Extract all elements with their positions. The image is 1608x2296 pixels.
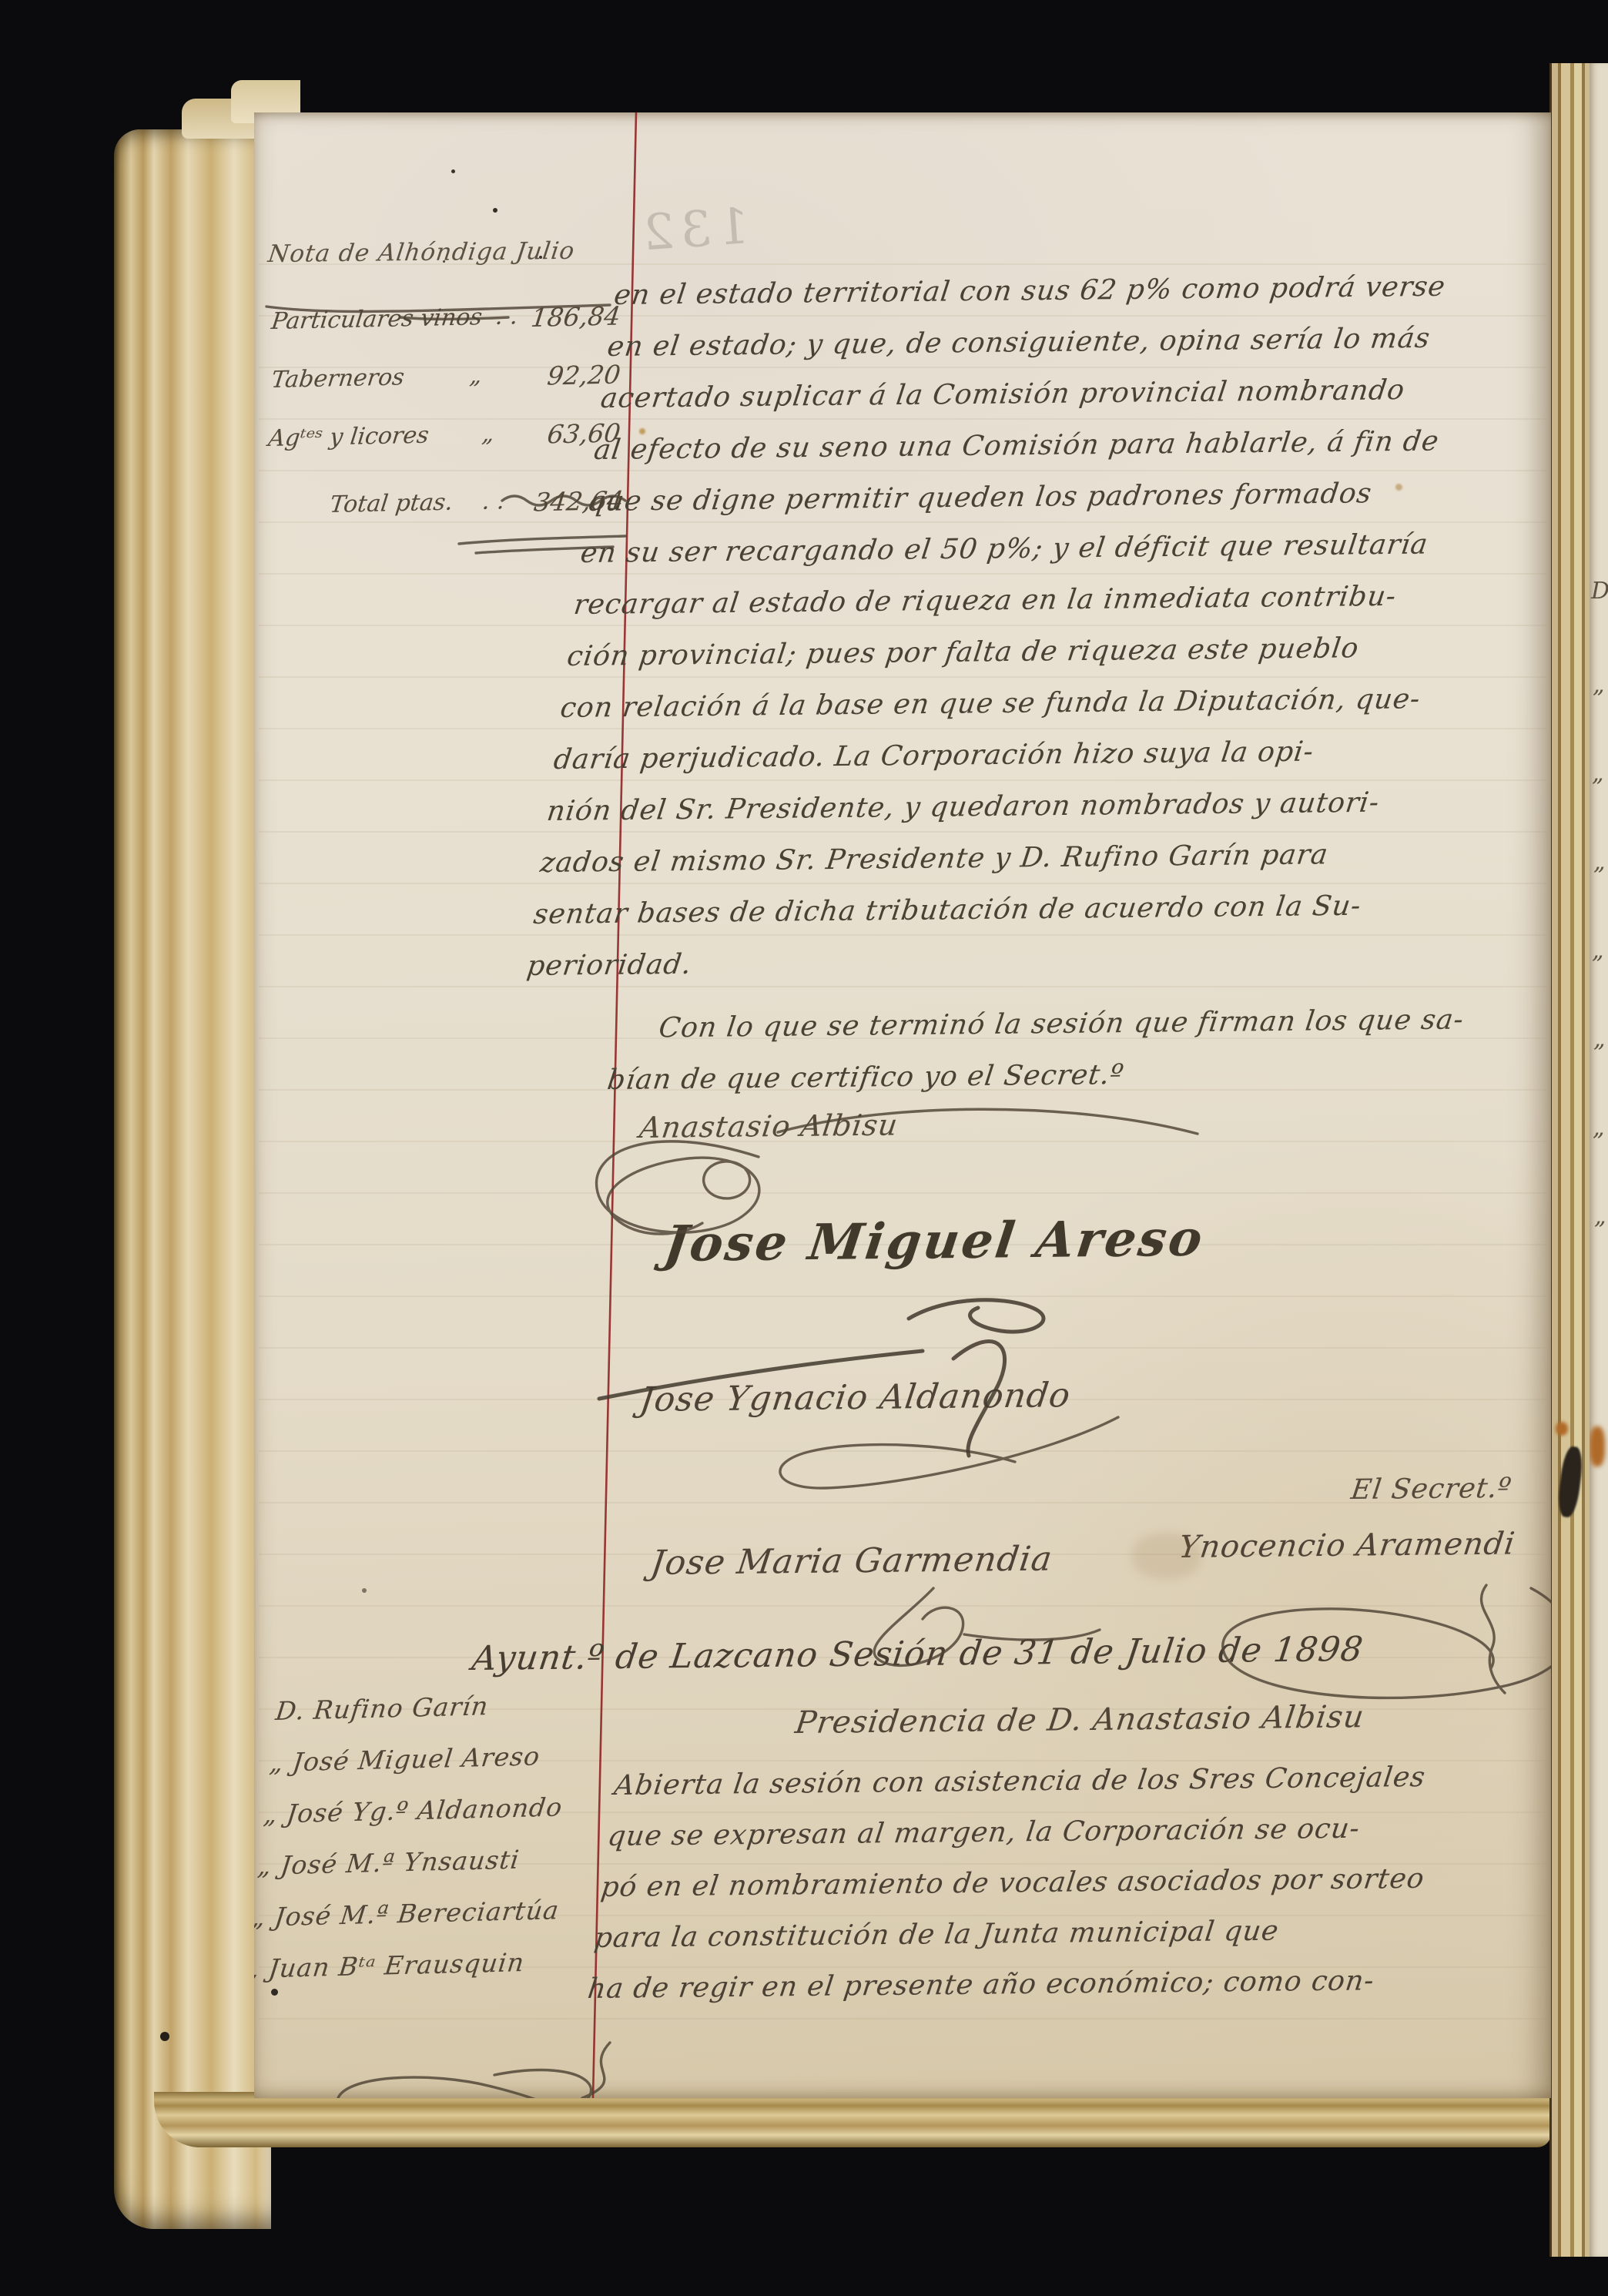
text-line: bían de que certifico yo el Secret.º [605,1045,1461,1106]
text-line: en el estado; y que, de consiguiente, op… [605,312,1471,373]
text-line: ha de regir en el presente año económico… [585,1956,1415,2015]
text-line: Con lo que se terminó la sesión que firm… [611,994,1467,1054]
facing-page-text-fragment: „ [1592,937,1604,964]
facing-page-sliver: De „ „ „ „ „ „ „ [1590,63,1608,2257]
photo-stage: De „ „ „ „ „ „ „ 132 Nota de Alhóndiga J… [0,0,1608,2296]
facing-page-text-fragment: „ [1593,672,1605,699]
minutes-closing-paragraph: Con lo que se terminó la sesión que firm… [605,994,1468,1106]
signature-secretary: Ynocencio Aramendi [1177,1526,1517,1565]
margin-note-total-row: Total ptas. . . 342,64 [328,485,625,521]
attendee-name: „ José M.ª Bereciartúa [254,1884,562,1943]
text-line: que se expresan al margen, la Corporació… [605,1803,1435,1862]
facing-page-text-fragment: De [1591,578,1608,605]
text-line: Abierta la sesión con asistencia de los … [611,1752,1441,1812]
attendee-name: „ José M.ª Ynsausti [255,1832,568,1892]
foxing-speck [539,256,542,259]
facing-page-text-fragment: „ [1593,1114,1605,1141]
note-label: Agᵗᵉˢ y licores [266,422,430,455]
ink-stain [1395,484,1402,491]
text-line: zados el mismo Sr. Presidente y D. Rufin… [537,828,1403,889]
text-line: recargar al estado de riqueza en la inme… [571,570,1437,631]
paper-stain [1132,1533,1201,1579]
text-line: nión del Sr. Presidente, y quedaron nomb… [544,776,1410,837]
foxing-speck [160,2032,169,2041]
ink-stain [639,428,645,434]
signature-alcalde: Anastasio Albisu [638,1108,900,1145]
presidency-line: Presidencia de D. Anastasio Albisu [793,1699,1366,1741]
book-gutter-edges [1549,63,1590,2257]
text-line: al efecto de su seno una Comisión para h… [591,415,1457,476]
secretary-title: El Secret.º [1349,1473,1513,1506]
note-value: 186,84 [529,301,621,333]
facing-page-text-fragment: „ [1594,1203,1606,1230]
attendee-name: D. Rufino Garín [273,1678,586,1737]
page-number-stamp-bleedthrough: 132 [635,198,752,263]
text-line: que se digne permitir queden los padrone… [584,467,1450,528]
foxing-speck [362,1588,367,1593]
rust-stain [1590,1426,1605,1466]
text-line: en su ser recargando el 50 p%; y el défi… [578,518,1444,579]
note-label: Total ptas. [328,489,454,521]
facing-page-text-fragment: „ [1593,1026,1606,1053]
attendee-list: D. Rufino Garín „ José Miguel Areso „ Jo… [254,1678,586,1995]
signature-concejal-garmendia: Jose Maria Garmendia [648,1540,1055,1583]
text-line: en el estado territorial con sus 62 p% c… [611,260,1477,321]
note-leader: . . [481,488,506,518]
manuscript-page: 132 Nota de Alhóndiga Julio Particulares… [254,112,1551,2098]
foxing-speck [443,260,445,263]
foxing-speck [271,1989,278,1996]
facing-page-text-fragment: „ [1593,849,1606,876]
text-line: sentar bases de dicha tributación de acu… [531,880,1397,940]
text-line: ción provincial; pues por falta de rique… [564,622,1430,682]
foxing-speck [451,169,455,173]
minutes-paragraph-2: Abierta la sesión con asistencia de los … [585,1752,1441,2015]
signature-concejal-areso: Jose Miguel Areso [661,1210,1208,1273]
text-line: para la constitución de la Junta municip… [591,1905,1422,1964]
facing-page-text-fragment: „ [1592,760,1604,787]
note-label: Taberneros [270,364,406,397]
text-line: pó en el nombramiento de vocales asociad… [598,1854,1428,1913]
text-line: daría perjudicado. La Corporación hizo s… [551,725,1417,786]
book-bottom-page-edges [154,2092,1551,2147]
minutes-paragraph-1: en el estado territorial con sus 62 p% c… [524,260,1477,992]
attendee-name: „ José Yg.º Aldanondo [261,1781,575,1840]
gutter-rust-spot [1556,1422,1568,1436]
attendee-name: „ Juan Bᵗᵃ Erausquin [254,1936,556,1995]
note-leader: . . [494,303,519,334]
book-left-page-edges [114,129,271,2229]
text-line: con relación á la base en que se funda l… [558,673,1424,734]
note-label: Particulares vinos [270,303,484,338]
foxing-speck [493,208,497,213]
text-line: acertado suplicar á la Comisión provinci… [598,364,1464,424]
margin-note-title: Nota de Alhóndiga Julio [266,237,577,268]
signature-concejal-aldanondo: Jose Ygnacio Aldanondo [638,1376,1073,1419]
text-line: perioridad. [524,931,1390,992]
attendee-name: „ José Miguel Areso [266,1729,580,1788]
note-ditto: „ [481,421,496,451]
note-ditto: „ [468,362,484,392]
